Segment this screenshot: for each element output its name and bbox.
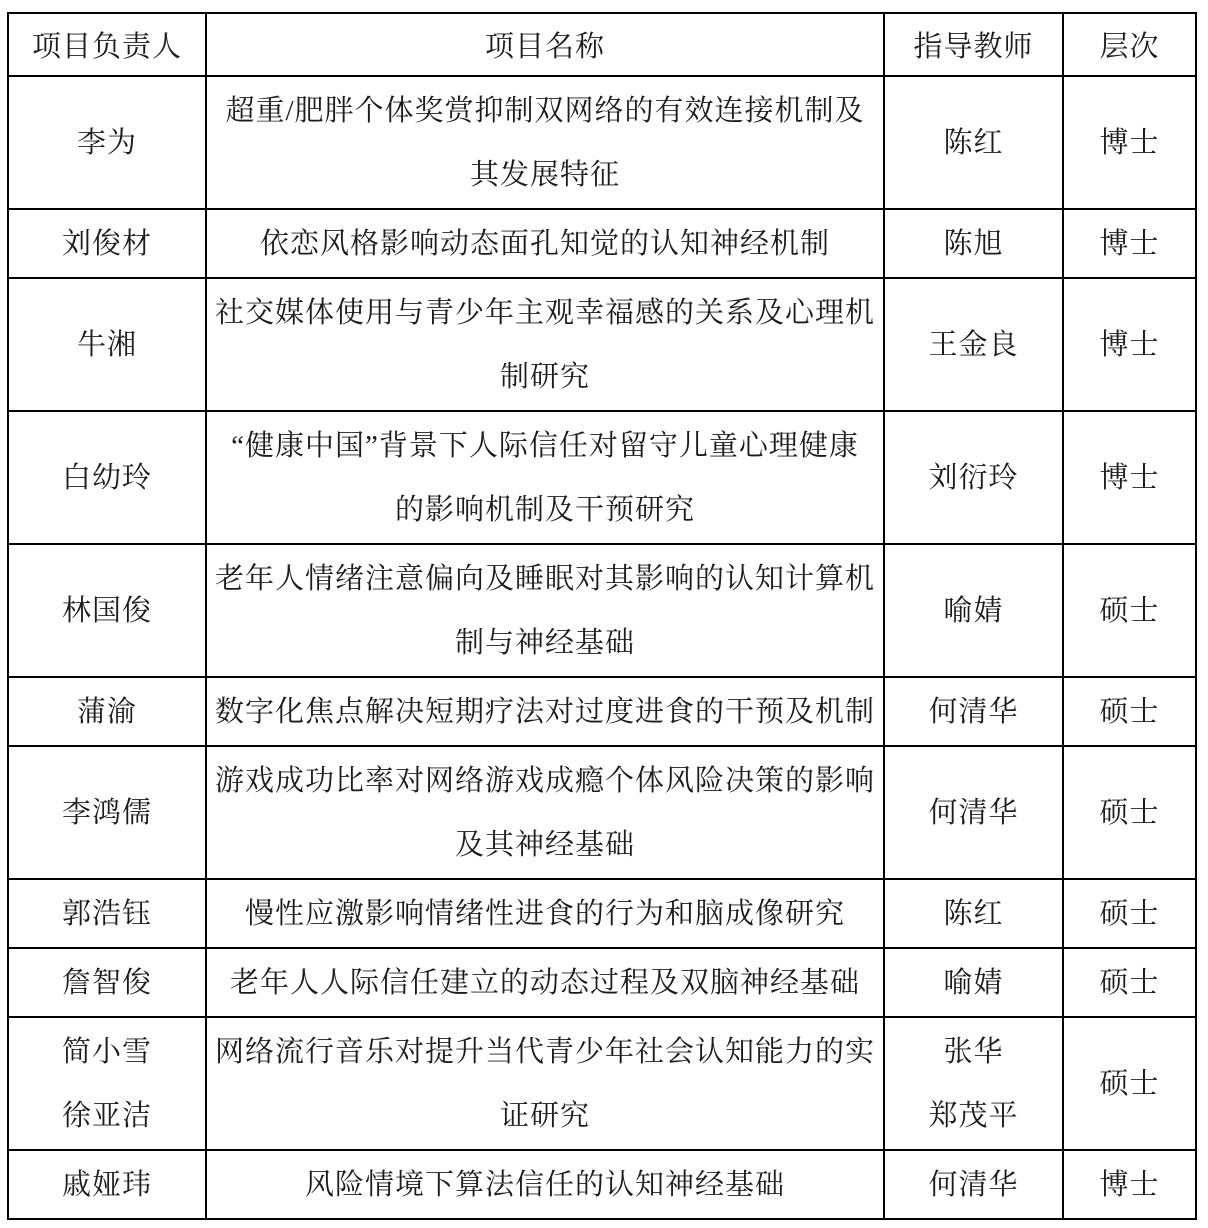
cell-line: 硕士 — [1064, 781, 1195, 845]
cell-line: 制与神经基础 — [207, 611, 883, 675]
table-row: 李为超重/肥胖个体奖赏抑制双网络的有效连接机制及其发展特征陈红博士 — [8, 76, 1196, 209]
level-cell: 硕士 — [1063, 544, 1196, 677]
project-cell: 数字化焦点解决短期疗法对过度进食的干预及机制 — [206, 677, 884, 746]
cell-line: 其发展特征 — [207, 143, 883, 207]
leader-cell: 李为 — [8, 76, 206, 209]
project-cell: 依恋风格影响动态面孔知觉的认知神经机制 — [206, 209, 884, 278]
table-row: 刘俊材依恋风格影响动态面孔知觉的认知神经机制陈旭博士 — [8, 209, 1196, 278]
level-cell: 硕士 — [1063, 1017, 1196, 1150]
table-row: 牛湘社交媒体使用与青少年主观幸福感的关系及心理机制研究王金良博士 — [8, 278, 1196, 411]
cell-line: 何清华 — [885, 680, 1062, 744]
cell-line: 制研究 — [207, 345, 883, 409]
cell-line: 陈红 — [885, 882, 1062, 946]
cell-line: 硕士 — [1064, 680, 1195, 744]
level-cell: 硕士 — [1063, 746, 1196, 879]
leader-cell: 李鸿儒 — [8, 746, 206, 879]
table-row: 林国俊老年人情绪注意偏向及睡眠对其影响的认知计算机制与神经基础喻婧硕士 — [8, 544, 1196, 677]
cell-line: 王金良 — [885, 313, 1062, 377]
level-cell: 硕士 — [1063, 879, 1196, 948]
advisor-cell: 陈旭 — [884, 209, 1063, 278]
cell-line: 超重/肥胖个体奖赏抑制双网络的有效连接机制及 — [207, 79, 883, 143]
cell-line: 硕士 — [1064, 579, 1195, 643]
cell-line: 林国俊 — [9, 579, 205, 643]
leader-cell: 刘俊材 — [8, 209, 206, 278]
cell-line: 何清华 — [885, 781, 1062, 845]
advisor-cell: 喻婧 — [884, 948, 1063, 1017]
table-row: 简小雪徐亚洁网络流行音乐对提升当代青少年社会认知能力的实证研究张华郑茂平硕士 — [8, 1017, 1196, 1150]
leader-cell: 蒲渝 — [8, 677, 206, 746]
level-cell: 博士 — [1063, 76, 1196, 209]
cell-line: 白幼玲 — [9, 446, 205, 510]
cell-line: 牛湘 — [9, 313, 205, 377]
leader-cell: 白幼玲 — [8, 411, 206, 544]
cell-line: 刘衍玲 — [885, 446, 1062, 510]
table-row: 詹智俊老年人人际信任建立的动态过程及双脑神经基础喻婧硕士 — [8, 948, 1196, 1017]
advisor-cell: 刘衍玲 — [884, 411, 1063, 544]
cell-line: 詹智俊 — [9, 951, 205, 1015]
table-body: 李为超重/肥胖个体奖赏抑制双网络的有效连接机制及其发展特征陈红博士刘俊材依恋风格… — [8, 76, 1196, 1219]
cell-line: 游戏成功比率对网络游戏成瘾个体风险决策的影响 — [207, 749, 883, 813]
leader-cell: 林国俊 — [8, 544, 206, 677]
cell-line: 社交媒体使用与青少年主观幸福感的关系及心理机 — [207, 281, 883, 345]
cell-line: 慢性应激影响情绪性进食的行为和脑成像研究 — [207, 882, 883, 946]
advisor-cell: 陈红 — [884, 76, 1063, 209]
projects-table: 项目负责人 项目名称 指导教师 层次 李为超重/肥胖个体奖赏抑制双网络的有效连接… — [7, 12, 1197, 1220]
cell-line: 陈旭 — [885, 212, 1062, 276]
cell-line: 博士 — [1064, 111, 1195, 175]
leader-cell: 郭浩钰 — [8, 879, 206, 948]
level-cell: 硕士 — [1063, 677, 1196, 746]
cell-line: 老年人人际信任建立的动态过程及双脑神经基础 — [207, 951, 883, 1015]
advisor-cell: 何清华 — [884, 1150, 1063, 1219]
project-cell: 超重/肥胖个体奖赏抑制双网络的有效连接机制及其发展特征 — [206, 76, 884, 209]
leader-cell: 戚娅玮 — [8, 1150, 206, 1219]
cell-line: 硕士 — [1064, 951, 1195, 1015]
level-cell: 硕士 — [1063, 948, 1196, 1017]
cell-line: 陈红 — [885, 111, 1062, 175]
cell-line: 简小雪 — [9, 1020, 205, 1084]
cell-line: 李鸿儒 — [9, 781, 205, 845]
header-project-leader: 项目负责人 — [8, 13, 206, 76]
cell-line: 刘俊材 — [9, 212, 205, 276]
advisor-cell: 王金良 — [884, 278, 1063, 411]
leader-cell: 简小雪徐亚洁 — [8, 1017, 206, 1150]
cell-line: 及其神经基础 — [207, 813, 883, 877]
advisor-cell: 陈红 — [884, 879, 1063, 948]
cell-line: “健康中国”背景下人际信任对留守儿童心理健康 — [207, 414, 883, 478]
project-cell: 慢性应激影响情绪性进食的行为和脑成像研究 — [206, 879, 884, 948]
level-cell: 博士 — [1063, 411, 1196, 544]
cell-line: 博士 — [1064, 1153, 1195, 1217]
cell-line: 的影响机制及干预研究 — [207, 478, 883, 542]
project-cell: 风险情境下算法信任的认知神经基础 — [206, 1150, 884, 1219]
project-cell: 网络流行音乐对提升当代青少年社会认知能力的实证研究 — [206, 1017, 884, 1150]
cell-line: 博士 — [1064, 446, 1195, 510]
cell-line: 喻婧 — [885, 951, 1062, 1015]
advisor-cell: 何清华 — [884, 746, 1063, 879]
project-cell: 老年人人际信任建立的动态过程及双脑神经基础 — [206, 948, 884, 1017]
cell-line: 蒲渝 — [9, 680, 205, 744]
cell-line: 博士 — [1064, 212, 1195, 276]
table-row: 郭浩钰慢性应激影响情绪性进食的行为和脑成像研究陈红硕士 — [8, 879, 1196, 948]
cell-line: 戚娅玮 — [9, 1153, 205, 1217]
project-cell: 社交媒体使用与青少年主观幸福感的关系及心理机制研究 — [206, 278, 884, 411]
level-cell: 博士 — [1063, 1150, 1196, 1219]
cell-line: 硕士 — [1064, 882, 1195, 946]
header-advisor: 指导教师 — [884, 13, 1063, 76]
cell-line: 喻婧 — [885, 579, 1062, 643]
cell-line: 何清华 — [885, 1153, 1062, 1217]
table-row: 蒲渝数字化焦点解决短期疗法对过度进食的干预及机制何清华硕士 — [8, 677, 1196, 746]
cell-line: 郭浩钰 — [9, 882, 205, 946]
cell-line: 李为 — [9, 111, 205, 175]
cell-line: 徐亚洁 — [9, 1084, 205, 1148]
cell-line: 老年人情绪注意偏向及睡眠对其影响的认知计算机 — [207, 547, 883, 611]
table-row: 戚娅玮风险情境下算法信任的认知神经基础何清华博士 — [8, 1150, 1196, 1219]
header-project-name: 项目名称 — [206, 13, 884, 76]
advisor-cell: 喻婧 — [884, 544, 1063, 677]
cell-line: 数字化焦点解决短期疗法对过度进食的干预及机制 — [207, 680, 883, 744]
cell-line: 郑茂平 — [885, 1084, 1062, 1148]
cell-line: 硕士 — [1064, 1052, 1195, 1116]
advisor-cell: 张华郑茂平 — [884, 1017, 1063, 1150]
cell-line: 网络流行音乐对提升当代青少年社会认知能力的实 — [207, 1020, 883, 1084]
cell-line: 风险情境下算法信任的认知神经基础 — [207, 1153, 883, 1217]
project-cell: “健康中国”背景下人际信任对留守儿童心理健康的影响机制及干预研究 — [206, 411, 884, 544]
project-cell: 老年人情绪注意偏向及睡眠对其影响的认知计算机制与神经基础 — [206, 544, 884, 677]
cell-line: 依恋风格影响动态面孔知觉的认知神经机制 — [207, 212, 883, 276]
table-row: 白幼玲“健康中国”背景下人际信任对留守儿童心理健康的影响机制及干预研究刘衍玲博士 — [8, 411, 1196, 544]
table-header-row: 项目负责人 项目名称 指导教师 层次 — [8, 13, 1196, 76]
cell-line: 博士 — [1064, 313, 1195, 377]
leader-cell: 詹智俊 — [8, 948, 206, 1017]
level-cell: 博士 — [1063, 278, 1196, 411]
project-cell: 游戏成功比率对网络游戏成瘾个体风险决策的影响及其神经基础 — [206, 746, 884, 879]
cell-line: 张华 — [885, 1020, 1062, 1084]
table-row: 李鸿儒游戏成功比率对网络游戏成瘾个体风险决策的影响及其神经基础何清华硕士 — [8, 746, 1196, 879]
header-level: 层次 — [1063, 13, 1196, 76]
leader-cell: 牛湘 — [8, 278, 206, 411]
cell-line: 证研究 — [207, 1084, 883, 1148]
advisor-cell: 何清华 — [884, 677, 1063, 746]
level-cell: 博士 — [1063, 209, 1196, 278]
